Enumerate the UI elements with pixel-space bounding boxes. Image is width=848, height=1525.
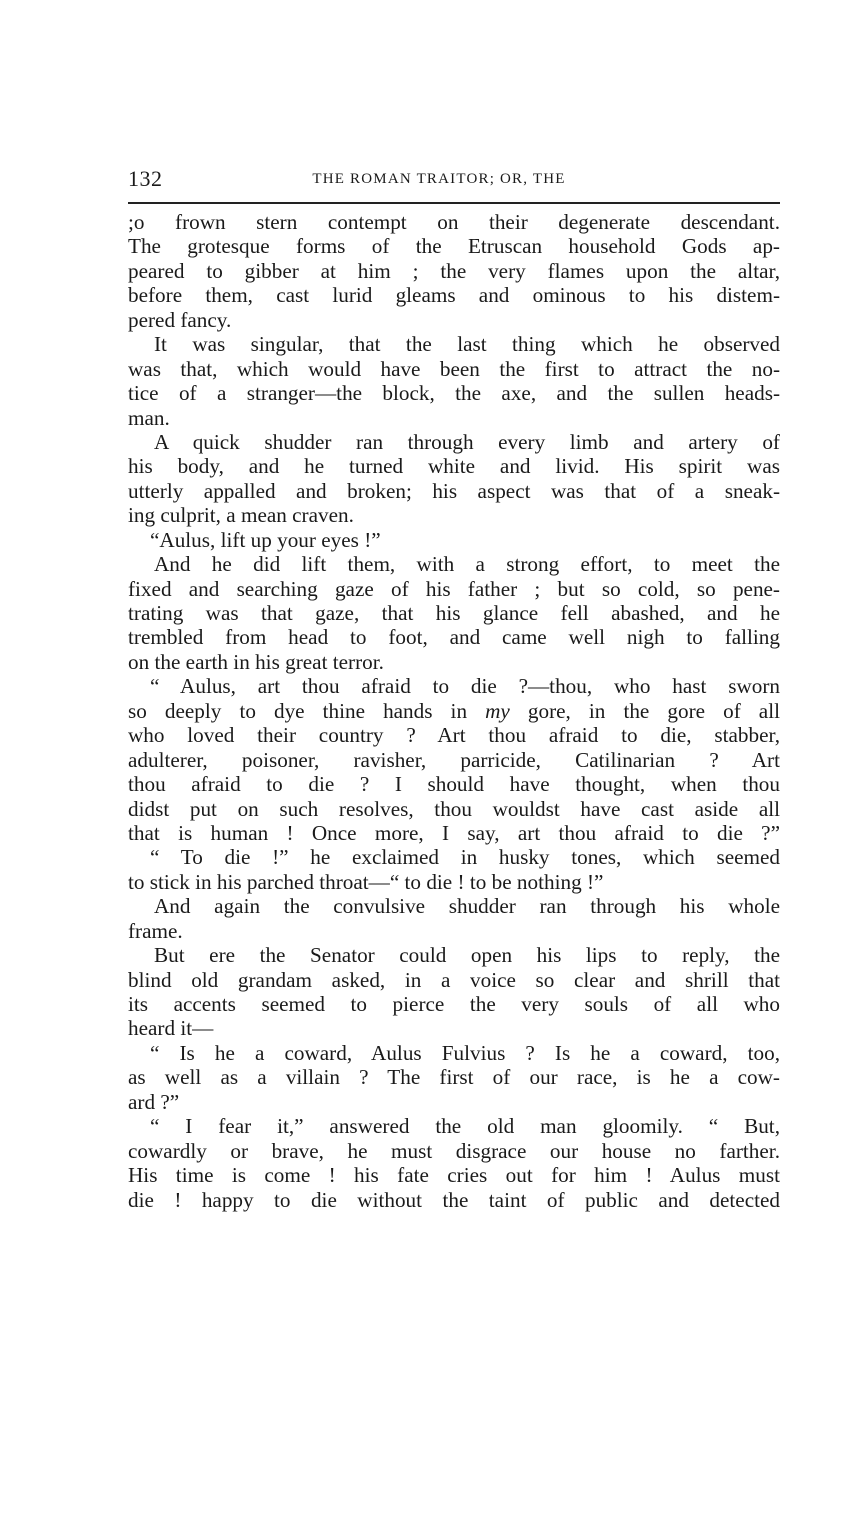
text-line: that is human ! Once more, I say, art th… [128, 821, 780, 845]
header-rule [128, 202, 780, 204]
text-line: “ Is he a coward, Aulus Fulvius ? Is he … [128, 1041, 780, 1065]
text-line: ing culprit, a mean craven. [128, 503, 780, 527]
text-line: “ I fear it,” answered the old man gloom… [128, 1114, 780, 1138]
text-line: so deeply to dye thine hands in my gore,… [128, 699, 780, 723]
text-line: “ To die !” he exclaimed in husky tones,… [128, 845, 780, 869]
text-line: But ere the Senator could open his lips … [128, 943, 780, 967]
text-line: its accents seemed to pierce the very so… [128, 992, 780, 1016]
text-line: And again the convulsive shudder ran thr… [128, 894, 780, 918]
text-line: trating was that gaze, that his glance f… [128, 601, 780, 625]
text-line: heard it— [128, 1016, 780, 1040]
text-line: peared to gibber at him ; the very flame… [128, 259, 780, 283]
text-line: before them, cast lurid gleams and omino… [128, 283, 780, 307]
text-line: The grotesque forms of the Etruscan hous… [128, 234, 780, 258]
text-line: was that, which would have been the firs… [128, 357, 780, 381]
text-line: adulterer, poisoner, ravisher, parricide… [128, 748, 780, 772]
text-line: “ Aulus, art thou afraid to die ?—thou, … [128, 674, 780, 698]
running-head: 132 THE ROMAN TRAITOR; OR, THE [128, 166, 780, 198]
text-line: fixed and searching gaze of his father ;… [128, 577, 780, 601]
text-line: pered fancy. [128, 308, 780, 332]
text-line: ard ?” [128, 1090, 780, 1114]
text-line: didst put on such resolves, thou wouldst… [128, 797, 780, 821]
text-line: trembled from head to foot, and came wel… [128, 625, 780, 649]
running-title: THE ROMAN TRAITOR; OR, THE [128, 171, 780, 188]
text-line: man. [128, 406, 780, 430]
book-page: 132 THE ROMAN TRAITOR; OR, THE ;o frown … [128, 166, 780, 1212]
text-line: thou afraid to die ? I should have thoug… [128, 772, 780, 796]
text-line: ;o frown stern contempt on their degener… [128, 210, 780, 234]
text-line: “Aulus, lift up your eyes !” [128, 528, 780, 552]
text-line: It was singular, that the last thing whi… [128, 332, 780, 356]
text-line: cowardly or brave, he must disgrace our … [128, 1139, 780, 1163]
text-line: who loved their country ? Art thou afrai… [128, 723, 780, 747]
text-line: blind old grandam asked, in a voice so c… [128, 968, 780, 992]
text-line: to stick in his parched throat—“ to die … [128, 870, 780, 894]
text-line: as well as a villain ? The first of our … [128, 1065, 780, 1089]
body-text: ;o frown stern contempt on their degener… [128, 210, 780, 1212]
text-line: frame. [128, 919, 780, 943]
text-line: die ! happy to die without the taint of … [128, 1188, 780, 1212]
text-line: And he did lift them, with a strong effo… [128, 552, 780, 576]
text-line: his body, and he turned white and livid.… [128, 454, 780, 478]
text-line: utterly appalled and broken; his aspect … [128, 479, 780, 503]
text-line: His time is come ! his fate cries out fo… [128, 1163, 780, 1187]
text-line: tice of a stranger—the block, the axe, a… [128, 381, 780, 405]
text-line: A quick shudder ran through every limb a… [128, 430, 780, 454]
text-line: on the earth in his great terror. [128, 650, 780, 674]
